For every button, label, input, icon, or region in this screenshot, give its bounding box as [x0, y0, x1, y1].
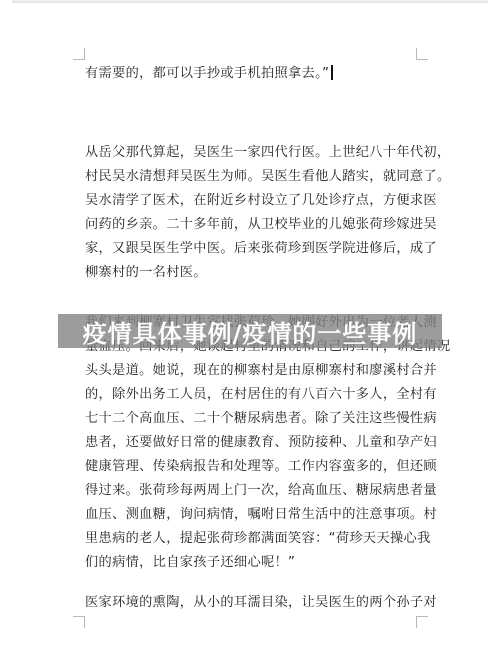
page-margin-corner-top-right [416, 48, 428, 60]
text-cursor [331, 65, 333, 80]
title-banner-overlay: 疫情具体事例/疫情的一些事例 [58, 314, 442, 348]
paragraph-text: 有需要的，都可以手抄或手机拍照拿去。” [85, 66, 329, 81]
text-line: 头头是道。她说，现在的柳寨村是由原柳寨村和廖溪村合并 [85, 362, 437, 380]
text-line: 们的病情，比自家孩子还细心呢！” [85, 554, 295, 572]
text-line: 里患病的老人，提起张荷珍都满面笑容：“荷珍天天操心我 [85, 530, 431, 548]
text-line: 村民吴水清想拜吴医生为师。吴医生看他人踏实，就同意了。 [85, 168, 451, 186]
page-margin-corner-bottom-right [416, 616, 428, 628]
page-margin-corner-bottom-left [73, 616, 85, 628]
text-line: 问药的乡亲。二十多年前，从卫校毕业的儿媳张荷珍嫁进吴 [85, 216, 437, 234]
text-line: 血压、测血糖，询问病情，嘱咐日常生活中的注意事项。村 [85, 506, 437, 524]
text-line: 从岳父那代算起，吴医生一家四代行医。上世纪八十年代初， [85, 144, 451, 162]
text-line: 有需要的，都可以手抄或手机拍照拿去。” [85, 65, 333, 83]
text-line: 医家环境的熏陶，从小的耳濡目染，让吴医生的两个孙子对 [85, 594, 437, 612]
text-line: 得过来。张荷珍每两周上门一次，给高血压、糖尿病患者量 [85, 482, 437, 500]
text-line: 家，又跟吴医生学中医。后来张荷珍到医学院进修后，成了 [85, 240, 437, 258]
text-line: 吴水清学了医术，在附近乡村设立了几处诊疗点，方便求医 [85, 192, 437, 210]
banner-title: 疫情具体事例/疫情的一些事例 [83, 314, 418, 349]
text-line: 七十二个高血压、二十个糖尿病患者。除了关注这些慢性病 [85, 410, 437, 428]
text-line: 柳寨村的一名村医。 [85, 264, 207, 282]
page-margin-corner-top-left [73, 48, 85, 60]
text-line: 的，除外出务工人员，在村居住的有八百六十多人，全村有 [85, 386, 437, 404]
text-line: 患者，还要做好日常的健康教育、预防接种、儿童和孕产妇 [85, 434, 437, 452]
text-line: 健康管理、传染病报告和处理等。工作内容蛮多的，但还顾 [85, 458, 437, 476]
